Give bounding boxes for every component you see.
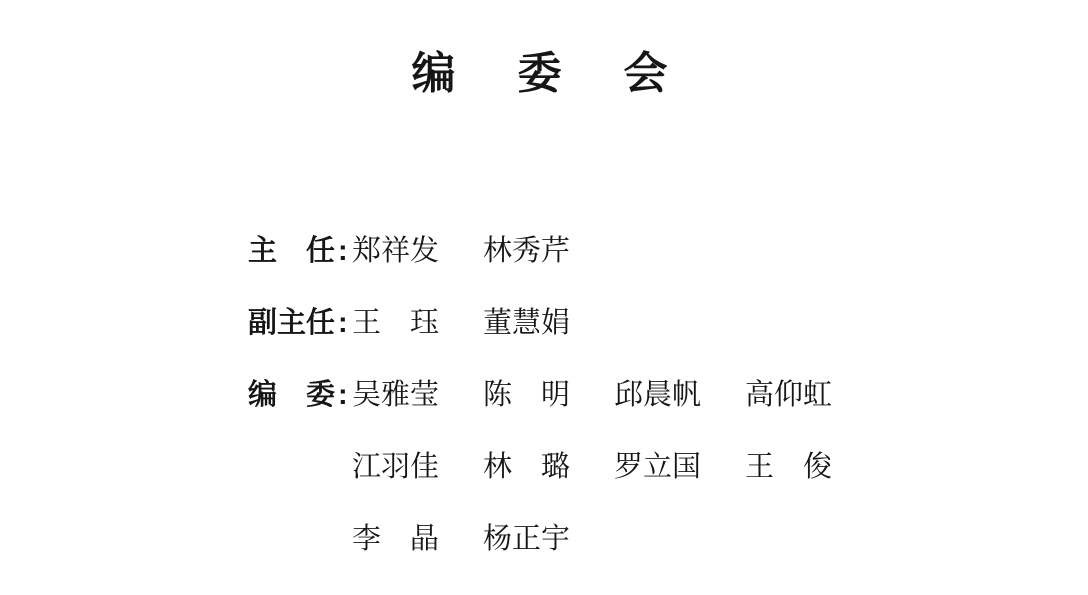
member-name: 王 俊: [745, 452, 832, 482]
row-colon: :: [338, 308, 352, 338]
row-names: 吴雅莹 陈 明 邱晨帆 高仰虹: [352, 380, 832, 410]
member-name: 高仰虹: [745, 380, 832, 410]
committee-row-members-continued: 江羽佳 林 璐 罗立国 王 俊: [248, 452, 1088, 482]
member-name: 江羽佳: [352, 452, 439, 482]
document-page: 编 委 会 主 任: 郑祥发 林秀芹 副主任: 王 珏 董慧娟 编 委: 吴雅莹…: [0, 0, 1088, 595]
row-label: 编 委: [248, 380, 338, 410]
row-colon: :: [338, 380, 352, 410]
member-name: 董慧娟: [483, 308, 570, 338]
member-name: 林秀芹: [483, 236, 570, 266]
member-name: 林 璐: [483, 452, 570, 482]
member-name: 郑祥发: [352, 236, 439, 266]
row-names: 李 晶 杨正宇: [352, 524, 570, 554]
row-label: 副主任: [248, 308, 338, 338]
member-name: 罗立国: [614, 452, 701, 482]
page-title: 编 委 会: [0, 0, 1088, 96]
committee-row-director: 主 任: 郑祥发 林秀芹: [248, 236, 1088, 266]
committee-list: 主 任: 郑祥发 林秀芹 副主任: 王 珏 董慧娟 编 委: 吴雅莹 陈 明 邱…: [248, 236, 1088, 554]
member-name: 陈 明: [483, 380, 570, 410]
row-names: 江羽佳 林 璐 罗立国 王 俊: [352, 452, 832, 482]
member-name: 王 珏: [352, 308, 439, 338]
committee-row-members-continued: 李 晶 杨正宇: [248, 524, 1088, 554]
member-name: 吴雅莹: [352, 380, 439, 410]
member-name: 邱晨帆: [614, 380, 701, 410]
member-name: 杨正宇: [483, 524, 570, 554]
row-names: 郑祥发 林秀芹: [352, 236, 570, 266]
row-label: 主 任: [248, 236, 338, 266]
row-colon: :: [338, 236, 352, 266]
member-name: 李 晶: [352, 524, 439, 554]
committee-row-members: 编 委: 吴雅莹 陈 明 邱晨帆 高仰虹: [248, 380, 1088, 410]
committee-row-deputy-director: 副主任: 王 珏 董慧娟: [248, 308, 1088, 338]
row-names: 王 珏 董慧娟: [352, 308, 570, 338]
